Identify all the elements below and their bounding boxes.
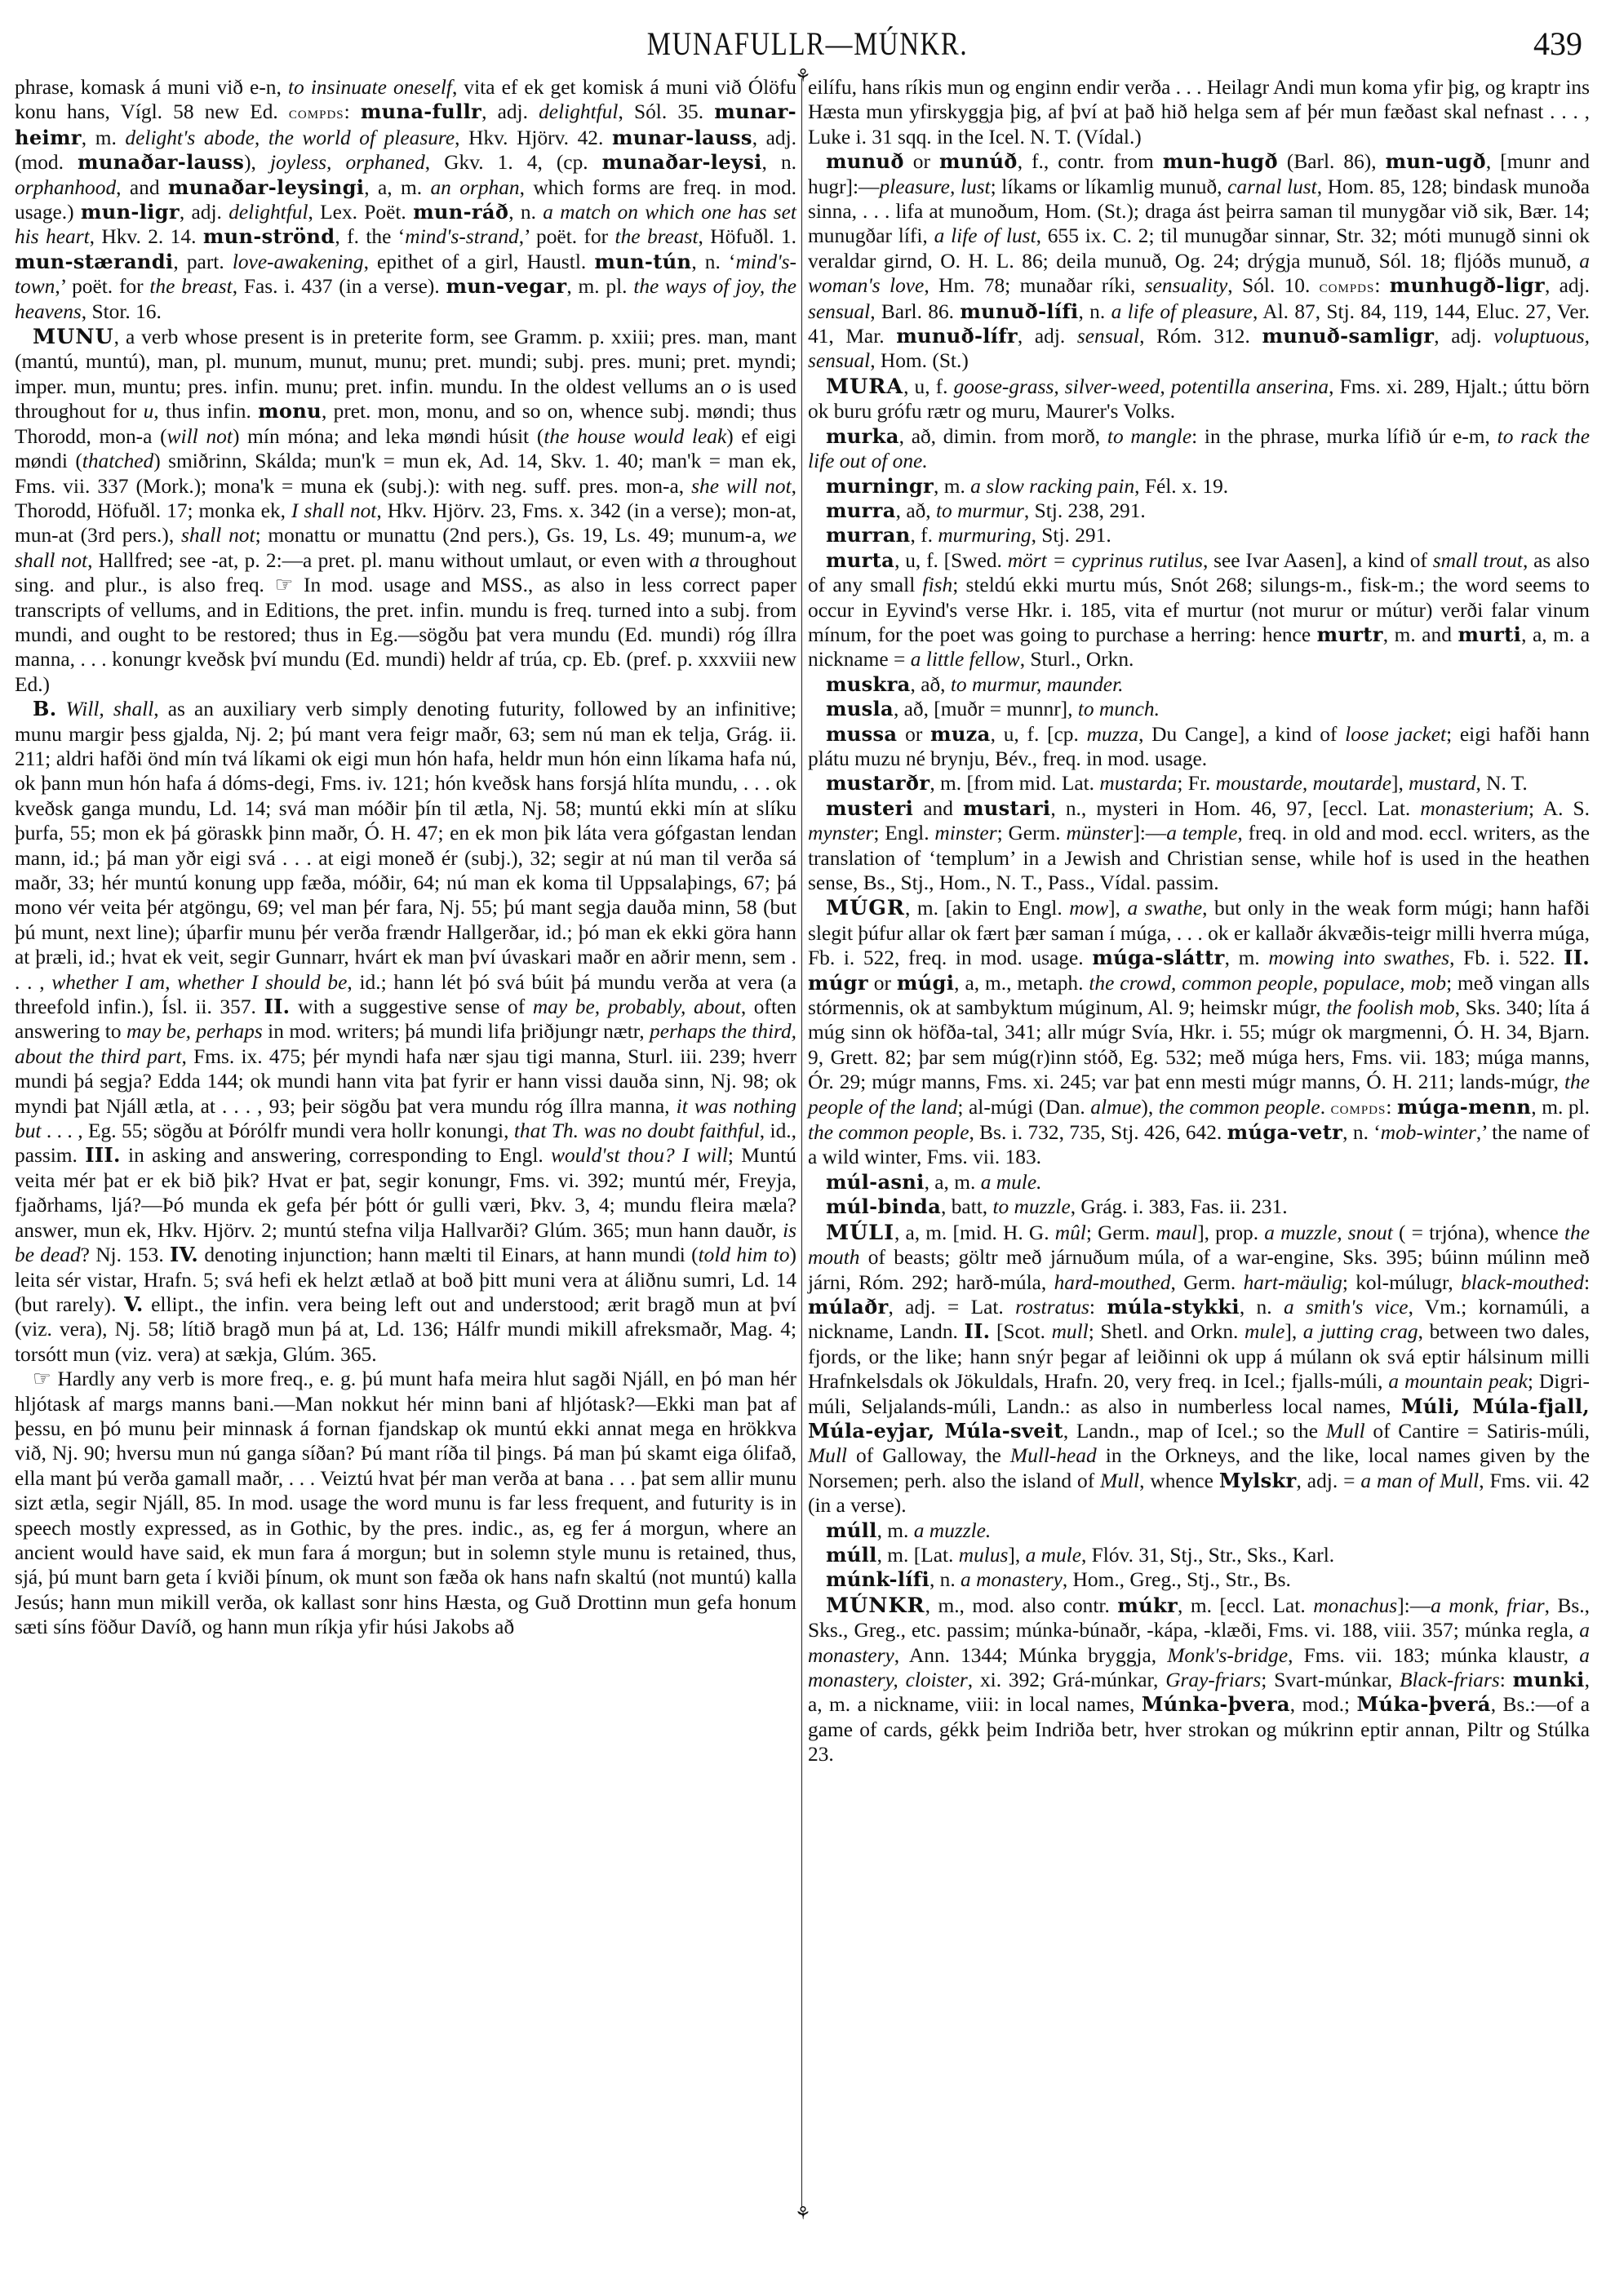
dictionary-entry: MUNU, a verb whose present is in preteri… (15, 324, 796, 697)
italic-gloss: mowing into swathes (1268, 946, 1449, 969)
italic-gloss: delightful (539, 100, 618, 123)
bold-term: munuð-samligr (1262, 324, 1434, 348)
bold-term: mun-ráð (413, 200, 508, 224)
page-header: MUNAFULLR—MÚNKR. 439 (0, 24, 1615, 65)
italic-gloss: fish (923, 574, 953, 596)
italic-gloss: Mull (1326, 1420, 1365, 1443)
italic-gloss: a mule. (981, 1171, 1042, 1194)
bold-term: múll (826, 1518, 877, 1542)
bold-term: murka (826, 424, 899, 448)
small-caps-label: compds (1331, 1098, 1387, 1118)
bold-term: monu (258, 399, 322, 423)
dictionary-entry: mustarðr, m. [from mid. Lat. mustarda; F… (808, 771, 1590, 796)
bold-term: murningr (826, 474, 934, 498)
bold-term: munuð (826, 149, 904, 173)
italic-gloss: muzza (1087, 723, 1139, 746)
italic-gloss: a temple (1166, 822, 1237, 844)
dictionary-entry: murra, að, to murmur, Stj. 238, 291. (808, 499, 1590, 523)
italic-gloss: a slow racking pain (970, 475, 1134, 498)
bold-term: mun-hugð (1163, 149, 1278, 173)
italic-gloss: goose-grass, silver-weed, potentilla ans… (954, 375, 1329, 398)
bold-term: muza (930, 722, 991, 746)
bold-term: múkr (1117, 1593, 1178, 1617)
italic-gloss: delightful (228, 201, 308, 224)
bold-term: murti (1457, 623, 1521, 646)
running-head: MUNAFULLR—MÚNKR. (145, 24, 1470, 63)
italic-gloss: may be, perhaps (126, 1020, 263, 1043)
bold-term: múl-binda (826, 1195, 941, 1218)
bold-term: mussa (826, 722, 897, 746)
italic-gloss: sensual (808, 300, 870, 323)
italic-gloss: a muzzle. (914, 1519, 992, 1542)
bold-term: mun-tún (594, 250, 691, 273)
italic-gloss: I shall not (291, 499, 376, 522)
bold-term: musteri (826, 796, 913, 820)
dictionary-entry: phrase, komask á muni við e-n, to insinu… (15, 75, 796, 324)
page-number: 439 (1533, 24, 1582, 63)
italic-gloss: the breast (615, 225, 699, 248)
italic-gloss: Mull-head (1010, 1444, 1097, 1467)
dictionary-entry: ☞ Hardly any verb is more freq., e. g. þ… (15, 1367, 796, 1639)
bold-term: murtr (1317, 623, 1383, 646)
italic-gloss: the foolish mob (1326, 996, 1454, 1019)
dictionary-entry: MÚGR, m. [akin to Engl. mow], a swathe, … (808, 895, 1590, 1169)
italic-gloss: mûl (1055, 1221, 1086, 1244)
italic-gloss: told him to (699, 1243, 790, 1266)
italic-gloss: a monastery (961, 1568, 1063, 1591)
italic-gloss: the common people (1159, 1096, 1320, 1119)
italic-gloss: the crowd, common people, populace, mob (1089, 972, 1446, 995)
italic-gloss: joyless, orphaned (270, 151, 425, 174)
italic-gloss: the common people (808, 1121, 969, 1144)
italic-gloss: mustard (1409, 772, 1475, 795)
dictionary-entry: MÚNKR, m., mod. also contr. múkr, m. [ec… (808, 1593, 1590, 1767)
italic-gloss: mob-winter (1381, 1121, 1476, 1144)
italic-gloss: monasterium (1420, 797, 1528, 820)
italic-gloss: to insinuate oneself (288, 76, 452, 99)
italic-gloss: mule (1245, 1320, 1284, 1343)
dictionary-entry: mussa or muza, u, f. [cp. muzza, Du Cang… (808, 722, 1590, 772)
italic-gloss: to muzzle (993, 1195, 1071, 1218)
italic-gloss: a monk, friar (1431, 1594, 1545, 1617)
italic-gloss: maul (1156, 1221, 1197, 1244)
headword: MÚGR (826, 895, 905, 920)
italic-gloss: the house would leak (544, 425, 726, 448)
italic-gloss: a jutting crag (1303, 1320, 1418, 1343)
italic-gloss: delight's abode, the world of pleasure (125, 126, 455, 149)
italic-gloss: minster (934, 822, 996, 844)
italic-gloss: mustarda (1099, 772, 1177, 795)
italic-gloss: mulus (959, 1544, 1009, 1567)
bold-term: mun-strönd (203, 224, 335, 248)
dictionary-entry: múl-binda, batt, to muzzle, Grág. i. 383… (808, 1195, 1590, 1219)
italic-gloss: hard-mouthed (1054, 1271, 1171, 1294)
italic-gloss: may be, probably, about (533, 995, 741, 1018)
column-divider (801, 78, 802, 2208)
italic-gloss: a little fellow (911, 648, 1020, 671)
italic-gloss: shall not (181, 524, 255, 547)
dictionary-entry: musla, að, [muðr = munnr], to munch. (808, 697, 1590, 721)
bold-term: múlaðr (808, 1295, 888, 1319)
italic-gloss: moustarde, moutarde (1216, 772, 1391, 795)
italic-gloss: a life of pleasure (1111, 300, 1253, 323)
italic-gloss: carnal lust (1227, 175, 1317, 198)
headword: MÚNKR (826, 1593, 925, 1617)
italic-gloss: sensual (1077, 325, 1139, 348)
headword: MÚLI (826, 1220, 894, 1244)
italic-gloss: would'st thou? I will (551, 1144, 728, 1167)
italic-gloss: orphanhood (15, 176, 116, 199)
bold-term: V. (124, 1292, 144, 1316)
italic-gloss: u (144, 400, 154, 423)
small-caps-label: compds (289, 103, 344, 122)
dictionary-entry: munuð or munúð, f., contr. from mun-hugð… (808, 149, 1590, 374)
italic-gloss: mind's-strand (405, 225, 518, 248)
italic-gloss: to murmur, maunder. (951, 673, 1124, 696)
italic-gloss: is be dead (15, 1219, 796, 1266)
italic-gloss: loose jacket (1345, 723, 1446, 746)
italic-gloss: murmuring (938, 524, 1031, 547)
headword: MUNU (33, 324, 114, 348)
small-caps-label: compds (1320, 277, 1375, 296)
italic-gloss: love-awakening (233, 250, 364, 273)
dictionary-entry: B. Will, shall, as an auxiliary verb sim… (15, 697, 796, 1367)
bold-term: II. (965, 1319, 991, 1343)
bold-term: múga-menn (1397, 1095, 1531, 1119)
bold-term: múla-stykki (1107, 1295, 1240, 1319)
bold-term: mun-stærandi (15, 250, 173, 273)
bold-term: munaðar-leysi (602, 150, 762, 174)
bold-term: munúð (939, 149, 1018, 173)
bold-term: Múka-þverá (1357, 1692, 1491, 1716)
italic-gloss: mull (1052, 1320, 1089, 1343)
bold-term: múga-sláttr (1092, 946, 1224, 969)
italic-gloss: sensuality (1145, 274, 1228, 297)
italic-gloss: small trout (1433, 549, 1523, 572)
italic-gloss: Mull (808, 1444, 847, 1467)
dictionary-entry: murta, u, f. [Swed. mört = cyprinus ruti… (808, 548, 1590, 672)
italic-gloss: Monk's-bridge (1167, 1644, 1288, 1667)
bold-term: Mylskr (1219, 1469, 1297, 1492)
bold-term: III. (85, 1143, 120, 1167)
bold-term: mun-ligr (81, 200, 180, 224)
italic-gloss: we shall not (15, 524, 796, 571)
dictionary-entry: murka, að, dimin. from morð, to mangle: … (808, 424, 1590, 474)
italic-gloss: mynster (808, 822, 873, 844)
italic-gloss: a mountain peak (1388, 1370, 1528, 1393)
bold-term: munki (1513, 1668, 1585, 1691)
italic-gloss: to mangle (1107, 425, 1191, 448)
bold-term: munuð-lífr (896, 324, 1018, 348)
italic-gloss: to murmur (936, 499, 1024, 522)
dictionary-entry: MURA, u, f. goose-grass, silver-weed, po… (808, 374, 1590, 424)
dictionary-entry: múll, m. [Lat. mulus], a mule, Flóv. 31,… (808, 1543, 1590, 1567)
column-divider-bottom-ornament-icon: ⚘ (795, 2203, 811, 2224)
italic-gloss: pleasure, lust (879, 175, 990, 198)
italic-gloss: an orphan (430, 176, 519, 199)
italic-gloss: to munch. (1078, 698, 1160, 720)
italic-gloss: black-mouthed (1461, 1271, 1584, 1294)
dictionary-entry: musteri and mustari, n., mysteri in Hom.… (808, 796, 1590, 896)
italic-gloss: a muzzle, snout (1264, 1221, 1393, 1244)
italic-gloss: rostratus (1015, 1296, 1089, 1319)
italic-gloss: hart-mäulig (1244, 1271, 1342, 1294)
bold-term: IV. (170, 1243, 198, 1266)
bold-term: mustarðr (826, 771, 930, 795)
bold-term: B. (33, 697, 56, 720)
bold-term: Múnka-þvera (1142, 1692, 1290, 1716)
bold-term: munaðar-leysingi (168, 175, 364, 199)
italic-gloss: she will not (691, 475, 792, 498)
italic-gloss: will not (167, 425, 233, 448)
italic-gloss: a life of lust (934, 224, 1036, 247)
italic-gloss: a (690, 549, 700, 572)
bold-term: múgi (897, 971, 954, 995)
bold-term: mustari (963, 796, 1050, 820)
italic-gloss: Black-friars (1400, 1669, 1500, 1691)
italic-gloss: a smith's vice (1284, 1296, 1409, 1319)
italic-gloss: whether I am, whether I should be (51, 971, 347, 994)
italic-gloss: Mull (1100, 1469, 1139, 1492)
bold-term: mun-vegar (446, 274, 567, 298)
bold-term: múll (826, 1543, 877, 1567)
bold-term: musla (826, 697, 894, 720)
italic-gloss: the ways of joy, the heavens (15, 275, 796, 322)
italic-gloss: thatched (82, 450, 153, 472)
italic-gloss: mow (1069, 897, 1108, 920)
italic-gloss: to rack the life out of one. (808, 425, 1590, 472)
dictionary-entry: murran, f. murmuring, Stj. 291. (808, 523, 1590, 547)
bold-term: Múli, Múla-fjall, Múla-eyjar, Múla-sveit (808, 1394, 1590, 1443)
bold-term: múl-asni (826, 1170, 925, 1194)
headword: MURA (826, 374, 903, 398)
italic-gloss: monachus (1313, 1594, 1397, 1617)
italic-gloss: almue (1090, 1096, 1141, 1119)
italic-gloss: the breast (149, 275, 232, 298)
italic-gloss: Gray-friars (1165, 1669, 1261, 1691)
italic-gloss: a swathe (1127, 897, 1202, 920)
left-column: phrase, komask á muni við e-n, to insinu… (15, 75, 796, 1640)
italic-gloss: a mule (1026, 1544, 1081, 1567)
italic-gloss: that Th. was no doubt faithful (514, 1119, 760, 1142)
dictionary-entry: muskra, að, to murmur, maunder. (808, 672, 1590, 697)
italic-gloss: a man of Mull (1360, 1469, 1479, 1492)
bold-term: múnk-lífi (826, 1567, 930, 1591)
bold-term: mun-ugð (1386, 149, 1486, 173)
bold-term: murta (826, 548, 894, 572)
right-column: eilífu, hans ríkis mun og enginn endir v… (808, 75, 1590, 1767)
italic-gloss: mört = cyprinus rutilus (1008, 549, 1203, 572)
bold-term: muskra (826, 672, 911, 696)
bold-term: munhugð-ligr (1390, 273, 1545, 297)
bold-term: murra (826, 499, 896, 522)
bold-term: munaðar-lauss (78, 150, 244, 174)
dictionary-entry: murningr, m. a slow racking pain, Fél. x… (808, 474, 1590, 499)
bold-term: II. (264, 995, 290, 1018)
italic-gloss: münster (1066, 822, 1133, 844)
dictionary-entry: múnk-lífi, n. a monastery, Hom., Greg., … (808, 1567, 1590, 1592)
bold-term: muna-fullr (361, 100, 481, 123)
dictionary-entry: MÚLI, a, m. [mid. H. G. mûl; Germ. maul]… (808, 1220, 1590, 1518)
bold-term: murran (826, 523, 910, 547)
bold-term: munuð-lífi (960, 299, 1078, 323)
dictionary-entry: múll, m. a muzzle. (808, 1518, 1590, 1543)
dictionary-entry: eilífu, hans ríkis mun og enginn endir v… (808, 75, 1590, 149)
bold-term: múga-vetr (1227, 1120, 1343, 1144)
italic-gloss: o (721, 375, 731, 398)
bold-term: munar-lauss (612, 126, 752, 149)
italic-gloss: the mouth (808, 1221, 1590, 1269)
dictionary-entry: múl-asni, a, m. a mule. (808, 1170, 1590, 1195)
italic-gloss: Will, shall (66, 698, 154, 720)
